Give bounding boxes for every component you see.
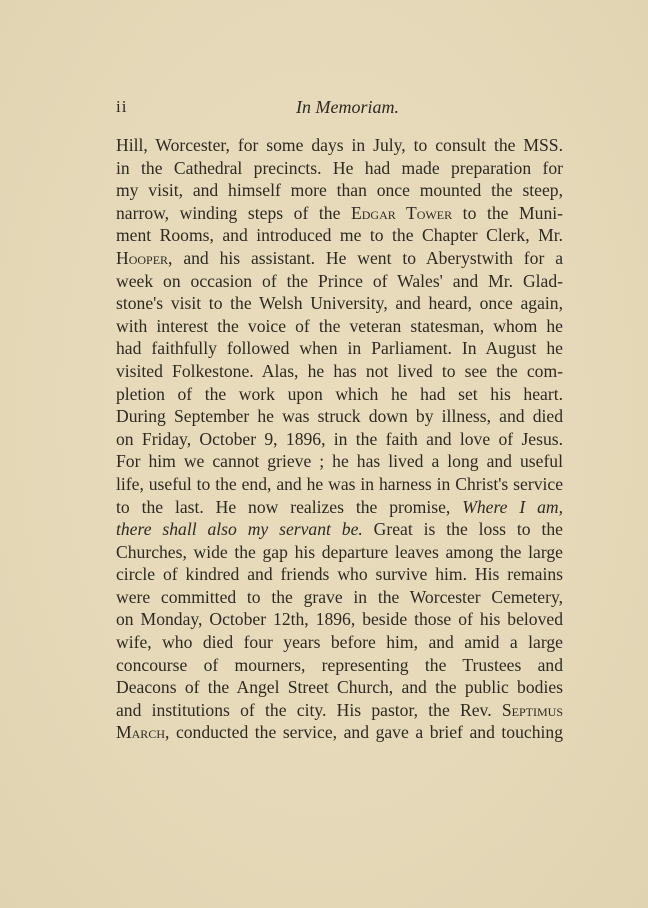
text-segment: with interest the voice of the veteran s…	[116, 316, 563, 336]
text-line: During September he was struck down by i…	[116, 405, 563, 428]
small-caps-text: March	[116, 722, 165, 742]
text-line: on Monday, October 12th, 1896, beside th…	[116, 608, 563, 631]
text-segment: to the last. He now realizes the promise…	[116, 497, 462, 517]
text-segment: visited Folkestone. Alas, he has not liv…	[116, 361, 563, 381]
text-segment: my visit, and himself more than once mou…	[116, 180, 563, 200]
text-line: March, conducted the service, and gave a…	[116, 721, 563, 744]
text-line: narrow, winding steps of the Edgar Tower…	[116, 202, 563, 225]
text-segment: Deacons of the Angel Street Church, and …	[116, 677, 563, 697]
text-line: my visit, and himself more than once mou…	[116, 179, 563, 202]
text-segment: week on occasion of the Prince of Wales'…	[116, 271, 563, 291]
text-segment: Great is the loss to the	[363, 519, 563, 539]
text-line: with interest the voice of the veteran s…	[116, 315, 563, 338]
text-segment: , conducted the service, and gave a brie…	[165, 722, 563, 742]
text-segment: ment Rooms, and introduced me to the Cha…	[116, 225, 563, 245]
text-segment: and institutions of the city. His pastor…	[116, 700, 502, 720]
running-title: In Memoriam.	[116, 97, 563, 118]
text-segment: circle of kindred and friends who surviv…	[116, 564, 563, 584]
text-line: and institutions of the city. His pastor…	[116, 699, 563, 722]
text-line: were committed to the grave in the Worce…	[116, 586, 563, 609]
text-segment: stone's visit to the Welsh University, a…	[116, 293, 563, 313]
text-segment: Hill, Worcester, for some days in July, …	[116, 135, 563, 155]
text-line: life, useful to the end, and he was in h…	[116, 473, 563, 496]
text-line: Deacons of the Angel Street Church, and …	[116, 676, 563, 699]
italic-text: Where I am,	[462, 497, 563, 517]
small-caps-text: Septimus	[502, 700, 563, 720]
text-segment: Churches, wide the gap his departure lea…	[116, 542, 563, 562]
text-line: had faithfully followed when in Parliame…	[116, 337, 563, 360]
text-line: pletion of the work upon which he had se…	[116, 383, 563, 406]
text-segment: in the Cathedral precincts. He had made …	[116, 158, 563, 178]
body-text: Hill, Worcester, for some days in July, …	[116, 134, 563, 744]
text-line: week on occasion of the Prince of Wales'…	[116, 270, 563, 293]
text-segment: on Friday, October 9, 1896, in the faith…	[116, 429, 563, 449]
text-segment: , and his assistant. He went to Aberystw…	[168, 248, 563, 268]
text-segment: concourse of mourners, representing the …	[116, 655, 563, 675]
text-line: wife, who died four years before him, an…	[116, 631, 563, 654]
italic-text: there shall also my servant be.	[116, 519, 363, 539]
text-line: ment Rooms, and introduced me to the Cha…	[116, 224, 563, 247]
text-line: stone's visit to the Welsh University, a…	[116, 292, 563, 315]
small-caps-text: Hooper	[116, 248, 168, 268]
text-line: Hooper, and his assistant. He went to Ab…	[116, 247, 563, 270]
page-header: ii In Memoriam.	[116, 97, 563, 119]
text-segment: on Monday, October 12th, 1896, beside th…	[116, 609, 563, 629]
text-segment: were committed to the grave in the Worce…	[116, 587, 563, 607]
text-line: to the last. He now realizes the promise…	[116, 496, 563, 519]
text-segment: wife, who died four years before him, an…	[116, 632, 563, 652]
text-segment: For him we cannot grieve ; he has lived …	[116, 451, 563, 471]
text-segment: During September he was struck down by i…	[116, 406, 563, 426]
text-segment: pletion of the work upon which he had se…	[116, 384, 563, 404]
text-segment: to the Muni-	[452, 203, 563, 223]
text-line: there shall also my servant be. Great is…	[116, 518, 563, 541]
book-page: ii In Memoriam. Hill, Worcester, for som…	[0, 0, 648, 908]
text-line: Hill, Worcester, for some days in July, …	[116, 134, 563, 157]
small-caps-text: Edgar Tower	[351, 203, 452, 223]
text-segment: narrow, winding steps of the	[116, 203, 351, 223]
text-line: on Friday, October 9, 1896, in the faith…	[116, 428, 563, 451]
text-line: visited Folkestone. Alas, he has not liv…	[116, 360, 563, 383]
text-segment: had faithfully followed when in Parliame…	[116, 338, 563, 358]
text-line: in the Cathedral precincts. He had made …	[116, 157, 563, 180]
text-line: concourse of mourners, representing the …	[116, 654, 563, 677]
text-segment: life, useful to the end, and he was in h…	[116, 474, 563, 494]
text-line: For him we cannot grieve ; he has lived …	[116, 450, 563, 473]
text-line: Churches, wide the gap his departure lea…	[116, 541, 563, 564]
text-line: circle of kindred and friends who surviv…	[116, 563, 563, 586]
